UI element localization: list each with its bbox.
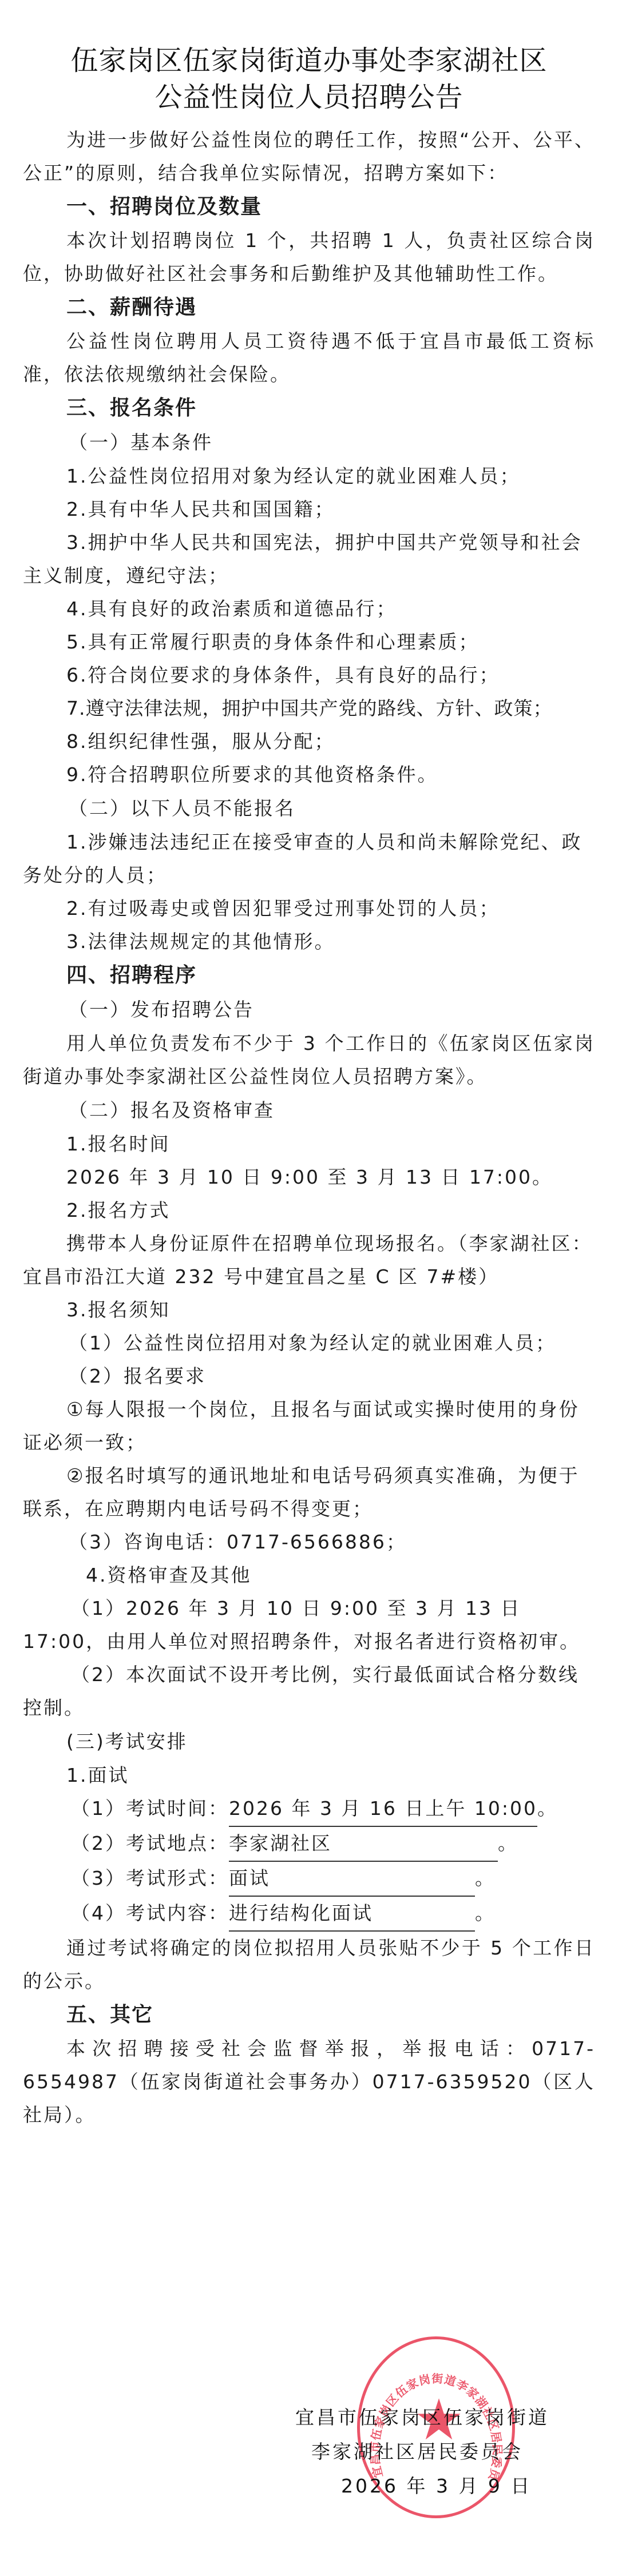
section-4-sub2-heading: （二）报名及资格审查: [0, 1093, 618, 1128]
section-5-body: 本次招聘接受社会监督举报，举报电话：0717-6554987（伍家岗街道社会事务…: [0, 2032, 618, 2132]
exam-format-value: 面试: [229, 1862, 475, 1897]
section-4-sub3-heading: (三)考试安排: [0, 1725, 618, 1759]
registration-notice-2: （2）报名要求: [0, 1360, 618, 1393]
section-4-sub1-heading: （一）发布招聘公告: [0, 993, 618, 1027]
exam-content-value: 进行结构化面试: [229, 1897, 475, 1932]
section-4-heading: 四、招聘程序: [0, 958, 618, 993]
list-item: 9.符合招聘职位所要求的其他资格条件。: [0, 758, 618, 791]
exam-content-end: 。: [475, 1902, 496, 1924]
exam-location-label: （2）考试地点：: [71, 1832, 229, 1854]
registration-notice-label: 3.报名须知: [0, 1293, 618, 1327]
section-3-sub1-heading: （一）基本条件: [0, 425, 618, 460]
section-2-heading: 二、薪酬待遇: [0, 290, 618, 325]
list-item: 3.拥护中华人民共和国宪法，拥护中国共产党领导和社会主义制度，遵纪守法；: [0, 526, 618, 592]
list-item: 2.有过吸毒史或曾因犯罪受过刑事处罚的人员；: [0, 892, 618, 925]
signature-date: 2026 年 3 月 9 日: [341, 2471, 532, 2498]
exam-content-row: （4）考试内容：进行结构化面试。: [0, 1897, 618, 1932]
list-item: 1.公益性岗位招用对象为经认定的就业困难人员；: [0, 460, 618, 493]
exam-format-row: （3）考试形式：面试。: [0, 1862, 618, 1897]
signature-org-line-2: 李家湖社区居民委员会: [311, 2437, 523, 2464]
review-1: （1）2026 年 3 月 10 日 9:00 至 3 月 13 日 17:00…: [0, 1592, 618, 1658]
list-item: 6.符合岗位要求的身体条件，具有良好的品行；: [0, 659, 618, 692]
interview-label: 1.面试: [0, 1759, 618, 1792]
requirement-2: ②报名时填写的通讯地址和电话号码须真实准确，为便于联系，在应聘期内电话号码不得变…: [0, 1459, 618, 1526]
list-item: 2.具有中华人民共和国国籍；: [0, 493, 618, 526]
publicity-paragraph: 通过考试将确定的岗位拟招用人员张贴不少于 5 个工作日的公示。: [0, 1932, 618, 1998]
exam-time-end: 。: [537, 1797, 558, 1819]
section-4-sub1-body: 用人单位负责发布不少于 3 个工作日的《伍家岗区伍家岗街道办事处李家湖社区公益性…: [0, 1027, 618, 1093]
section-3-sub2-heading: （二）以下人员不能报名: [0, 791, 618, 826]
review-label: 4.资格审查及其他: [0, 1559, 618, 1592]
registration-time-value: 2026 年 3 月 10 日 9:00 至 3 月 13 日 17:00。: [0, 1161, 618, 1194]
review-2: （2）本次面试不设开考比例，实行最低面试合格分数线控制。: [0, 1658, 618, 1725]
exam-format-end: 。: [475, 1867, 496, 1889]
section-2-body: 公益性岗位聘用人员工资待遇不低于宜昌市最低工资标准，依法依规缴纳社会保险。: [0, 325, 618, 391]
exam-time-value: 2026 年 3 月 16 日上午 10:00: [229, 1792, 537, 1827]
exam-location-row: （2）考试地点：李家湖社区。: [0, 1827, 618, 1862]
list-item: 7.遵守法律法规，拥护中国共产党的路线、方针、政策；: [0, 692, 618, 725]
section-5-heading: 五、其它: [0, 1998, 618, 2032]
list-item: 8.组织纪律性强，服从分配；: [0, 725, 618, 758]
exam-time-row: （1）考试时间：2026 年 3 月 16 日上午 10:00。: [0, 1792, 618, 1827]
registration-notice-1: （1）公益性岗位招用对象为经认定的就业困难人员；: [0, 1327, 618, 1360]
registration-method-value: 携带本人身份证原件在招聘单位现场报名。（李家湖社区：宜昌市沿江大道 232 号中…: [0, 1227, 618, 1293]
exam-location-value: 李家湖社区: [229, 1827, 498, 1862]
exam-format-label: （3）考试形式：: [71, 1867, 229, 1889]
section-1-body: 本次计划招聘岗位 1 个，共招聘 1 人，负责社区综合岗位，协助做好社区社会事务…: [0, 224, 618, 290]
section-1-heading: 一、招聘岗位及数量: [0, 190, 618, 224]
list-item: 1.涉嫌违法违纪正在接受审查的人员和尚未解除党纪、政务处分的人员；: [0, 826, 618, 892]
title-line-2: 公益性岗位人员招聘公告: [0, 79, 618, 116]
section-3-heading: 三、报名条件: [0, 391, 618, 425]
consult-phone: （3）咨询电话：0717-6566886；: [0, 1526, 618, 1559]
title-line-1: 伍家岗区伍家岗街道办事处李家湖社区: [0, 42, 618, 79]
intro-paragraph: 为进一步做好公益性岗位的聘任工作，按照“公开、公平、公正”的原则，结合我单位实际…: [0, 124, 618, 190]
exam-time-label: （1）考试时间：: [71, 1797, 229, 1819]
list-item: 5.具有正常履行职责的身体条件和心理素质；: [0, 626, 618, 659]
list-item: 4.具有良好的政治素质和道德品行；: [0, 592, 618, 626]
exam-content-label: （4）考试内容：: [71, 1902, 229, 1924]
signature-org-line-1: 宜昌市伍家岗区伍家岗街道: [295, 2403, 549, 2430]
announcement-document: 伍家岗区伍家岗街道办事处李家湖社区 公益性岗位人员招聘公告 为进一步做好公益性岗…: [0, 0, 618, 2132]
exam-location-end: 。: [498, 1832, 518, 1854]
registration-method-label: 2.报名方式: [0, 1194, 618, 1227]
list-item: 3.法律法规规定的其他情形。: [0, 925, 618, 958]
requirement-1: ①每人限报一个岗位，且报名与面试或实操时使用的身份证必须一致；: [0, 1393, 618, 1459]
registration-time-label: 1.报名时间: [0, 1128, 618, 1161]
